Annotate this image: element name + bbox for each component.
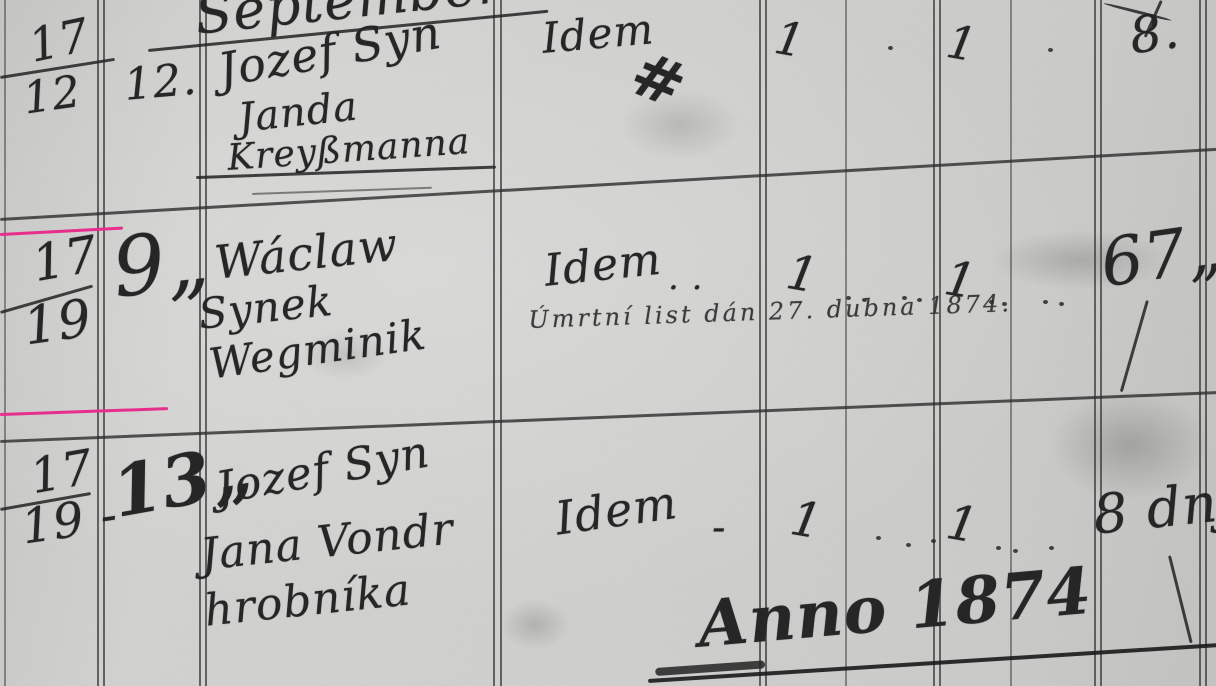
column-rule [1199, 0, 1201, 686]
row3-year-note: Anno 1874 [695, 554, 1095, 663]
column-rule [1205, 0, 1207, 686]
row2-running-no-top: 17 [28, 225, 103, 294]
row1-tally-sex: 1 [943, 14, 982, 72]
row2-remark: Idem [542, 234, 664, 297]
row2-running-no-bottom: 19 [20, 289, 96, 358]
ink-dot [1049, 546, 1054, 550]
row-rule [0, 147, 1216, 221]
ink-dot [876, 536, 881, 540]
row3-tally-religion: 1 [786, 490, 827, 551]
magenta-marker-line [0, 407, 168, 415]
ink-dot [989, 300, 994, 304]
ink-dot [996, 546, 1001, 550]
age-flourish-stroke [1120, 300, 1149, 392]
column-rule [500, 0, 502, 686]
ink-dot [1043, 300, 1048, 304]
ink-dot [862, 298, 867, 302]
column-rule [4, 0, 6, 686]
register-scan-page: September 17 12 12. Jozef Syn Janda Krey… [0, 0, 1216, 686]
ink-dot [846, 296, 851, 300]
row2-age: 67„ [1096, 209, 1216, 302]
ink-dot [906, 543, 911, 547]
ink-dot [888, 46, 893, 50]
row3-remark-dash: - [712, 505, 727, 551]
column-rule [97, 0, 99, 686]
ink-dot [1002, 302, 1007, 306]
row1-day: 12. [122, 54, 199, 111]
column-rule [1094, 0, 1096, 686]
row3-running-no-bottom: 19 - [18, 487, 121, 556]
column-rule [199, 0, 201, 686]
row1-remark: Idem [540, 4, 656, 63]
ink-dot [1048, 48, 1053, 52]
row1-running-no-bottom: 12 [20, 66, 85, 125]
ink-dot [931, 539, 936, 543]
row3-tally-sex: 1 [942, 494, 983, 555]
column-rule [493, 0, 495, 686]
column-rule [1100, 0, 1102, 686]
row2-remark-dots: . . [668, 258, 703, 298]
row3-age: 8 dnj [1090, 469, 1216, 547]
column-rule [103, 0, 105, 686]
row3-remark: Idem [552, 475, 681, 546]
row1-tally-religion: 1 [771, 10, 810, 68]
ink-dot [902, 296, 907, 300]
row-rule [0, 391, 1216, 443]
ink-dot [1013, 549, 1018, 553]
ink-dot [917, 298, 922, 302]
ink-dot [1059, 302, 1064, 306]
smudge [500, 600, 570, 650]
row3-name-line2: Jana Vondr [198, 503, 456, 580]
age-flourish-stroke [1168, 555, 1193, 643]
